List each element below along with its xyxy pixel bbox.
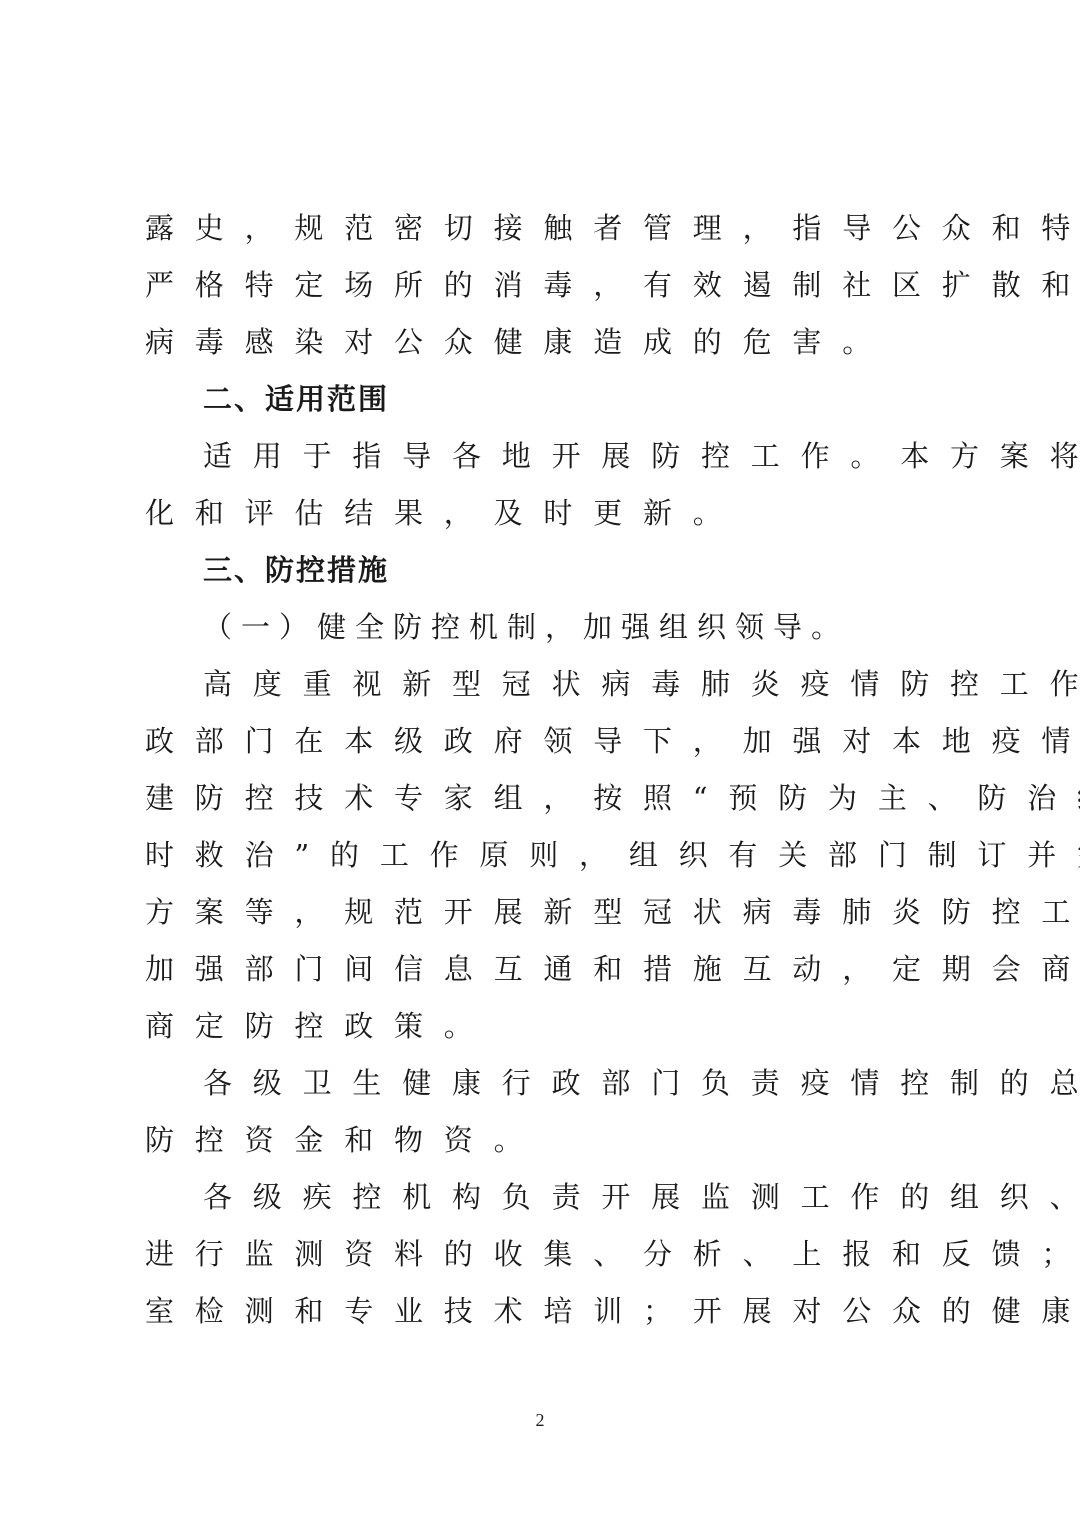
paragraph-line: 各级疾控机构负责开展监测工作的组织、协调、督导和评估， (145, 1169, 945, 1226)
document-page: 露史，规范密切接触者管理，指导公众和特定人群做好个人防护， 严格特定场所的消毒，… (0, 0, 1080, 1526)
paragraph-line: 方案等，规范开展新型冠状病毒肺炎防控工作。强化联防联控， (145, 884, 945, 941)
paragraph-line: 时救治”的工作原则，组织有关部门制订并完善相关工作和技术 (145, 827, 945, 884)
paragraph-line: 露史，规范密切接触者管理，指导公众和特定人群做好个人防护， (145, 200, 945, 257)
paragraph-line: 室检测和专业技术培训；开展对公众的健康教育与风险沟通，指 (145, 1283, 945, 1340)
section-heading-scope: 二、适用范围 (145, 371, 945, 428)
paragraph-line: 政部门在本级政府领导下，加强对本地疫情防控工作的指导，组 (145, 713, 945, 770)
paragraph-line: 防控资金和物资。 (145, 1112, 945, 1169)
paragraph-line: 建防控技术专家组，按照“预防为主、防治结合、科学指导、及 (145, 770, 945, 827)
paragraph-line: 进行监测资料的收集、分析、上报和反馈；开展现场调查、实验 (145, 1226, 945, 1283)
page-number: 2 (0, 1410, 1080, 1431)
paragraph-line: 严格特定场所的消毒，有效遏制社区扩散和蔓延，减少新型冠状 (145, 257, 945, 314)
paragraph-line: 病毒感染对公众健康造成的危害。 (145, 314, 945, 371)
paragraph-line: 高度重视新型冠状病毒肺炎疫情防控工作。各级卫生健康行 (145, 656, 945, 713)
paragraph-line: 化和评估结果，及时更新。 (145, 485, 945, 542)
section-heading-measures: 三、防控措施 (145, 542, 945, 599)
paragraph-line: 适用于指导各地开展防控工作。本方案将根据疫情形势的变 (145, 428, 945, 485)
paragraph-line: 商定防控政策。 (145, 998, 945, 1055)
paragraph-line: 各级卫生健康行政部门负责疫情控制的总体指导工作，落实 (145, 1055, 945, 1112)
document-body: 露史，规范密切接触者管理，指导公众和特定人群做好个人防护， 严格特定场所的消毒，… (145, 200, 945, 1340)
paragraph-line: 加强部门间信息互通和措施互动，定期会商研判疫情发展趋势， (145, 941, 945, 998)
subsection-heading: （一）健全防控机制，加强组织领导。 (145, 599, 945, 656)
